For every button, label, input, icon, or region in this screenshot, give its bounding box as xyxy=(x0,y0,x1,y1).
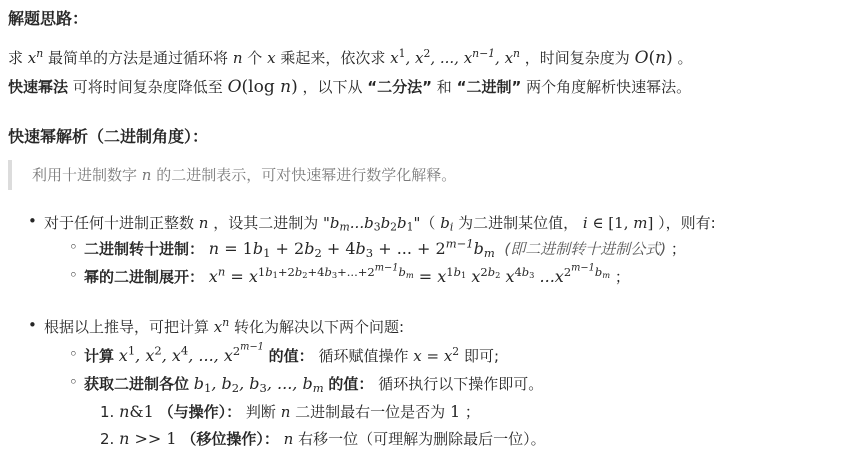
list-item-binary-def: 对于任何十进制正整数 n ，设其二进制为 "bm...b3b2b1"（ bi 为… xyxy=(44,212,716,233)
math-binary-formula: n = 1b1 + 2b2 + 4b3 + ... + 2m−1bm xyxy=(209,239,495,258)
math-sequence: x1, x2, ..., xn−1, xn xyxy=(390,49,520,67)
math-complexity-ologn: O(log n) xyxy=(228,77,298,97)
sub-item-binary-to-decimal: 二进制转十进制： n = 1b1 + 2b2 + 4b3 + ... + 2m−… xyxy=(84,238,686,259)
sub-item-get-binary-bits: 获取二进制各位 b1, b2, b3, ..., bm 的值： 循环执行以下操作… xyxy=(84,373,543,394)
sub-item-power-expansion: 幂的二进制展开： xn = x1b1+2b2+4b3+...+2m−1bm = … xyxy=(84,266,630,287)
step-and-operation: 1. n&1 （与操作）： 判断 n 二进制最右一位是否为 1 ； xyxy=(100,401,480,422)
math-power-expansion: xn = x1b1+2b2+4b3+...+2m−1bm = x1b1 x2b2… xyxy=(209,267,610,286)
math-complexity-on: O(n) xyxy=(635,48,673,68)
heading-solution-idea: 解题思路： xyxy=(8,6,88,29)
list-item-derivation: 根据以上推导，可把计算 xn 转化为解决以下两个问题: xyxy=(44,316,404,337)
blockquote: 利用十进制数字 n 的二进制表示，可对快速幂进行数学化解释。 xyxy=(8,160,608,190)
step-shift-operation: 2. n >> 1 （移位操作）： n 右移一位（可理解为删除最后一位）。 xyxy=(100,428,546,449)
heading-binary-analysis: 快速幂解析（二进制角度）： xyxy=(8,124,208,147)
math-x-pow-n: xn xyxy=(28,49,43,67)
paragraph-naive-method: 求 xn 最简单的方法是通过循环将 n 个 x 乘起来，依次求 x1, x2, … xyxy=(8,47,693,68)
paragraph-fast-power: 快速幂法 可将时间复杂度降低至 O(log n) ，以下从 “二分法” 和 “二… xyxy=(8,76,691,97)
sub-item-compute-powers: 计算 x1, x2, x4, ..., x2m−1 的值： 循环赋值操作 x =… xyxy=(84,345,499,366)
math-range: i ∈ [1, m] xyxy=(583,214,653,232)
